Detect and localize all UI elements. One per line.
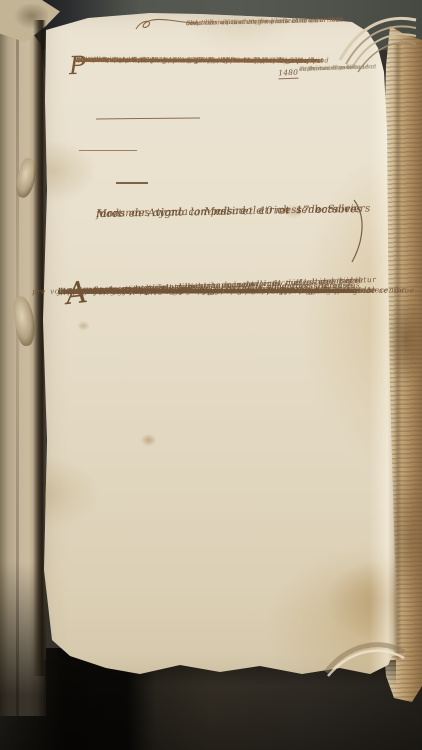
ink-strikethrough [116,182,148,184]
handwriting-line: domo. Rome du me massiliensi undecim et … [76,56,323,65]
curled-page-corner-bottom-right [318,626,408,696]
manuscript-photo: Sequitur visitandum mee extracta ex orli… [0,0,422,750]
main-text-block: nno dni millo quingmo secundo inventario… [58,283,392,284]
ink-underline [79,150,137,151]
first-entry-paragraph: Rimo prothocolla prima elemide litteras … [76,56,318,57]
page-edge-seam [393,44,402,660]
manuscript-page [40,10,402,682]
marginal-year-1480: 1480 [278,68,298,80]
